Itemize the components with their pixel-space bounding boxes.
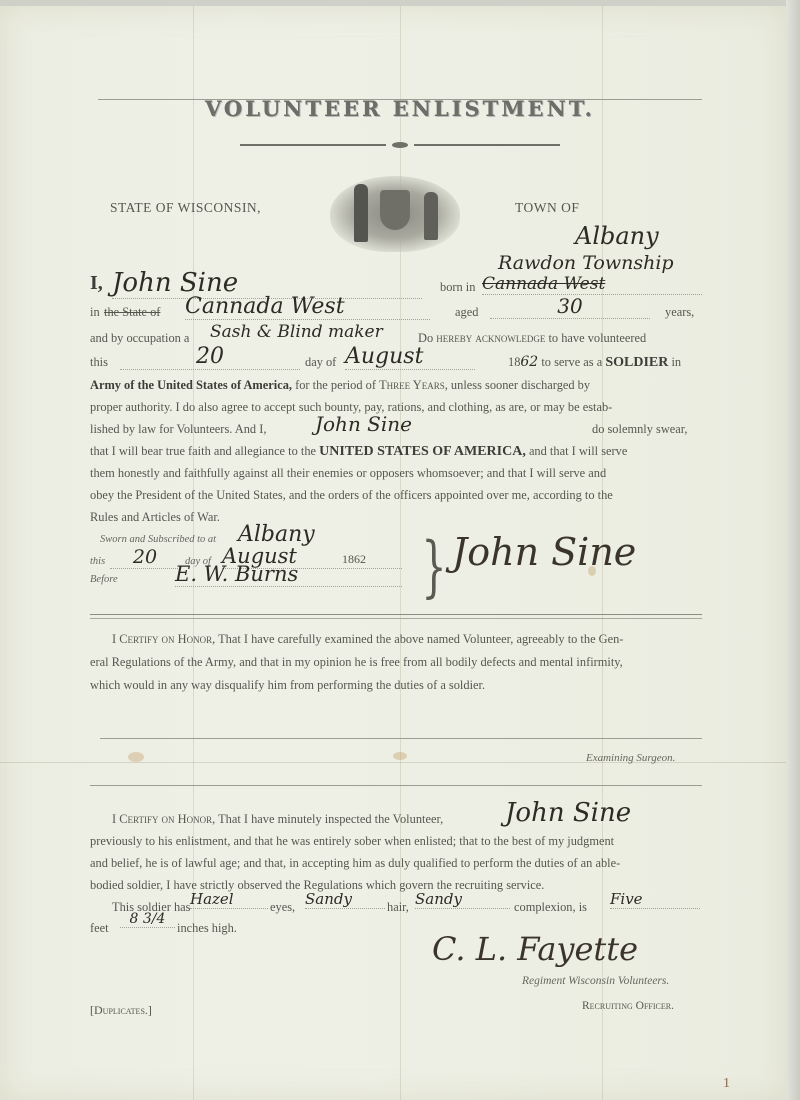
enlistee-signature: John Sine bbox=[452, 530, 636, 574]
section-divider bbox=[90, 614, 702, 619]
complexion-label: complexion, is bbox=[514, 896, 587, 918]
surgeon-label: Examining Surgeon. bbox=[586, 752, 675, 764]
officer-cert-line-2: previously to his enlistment, and that h… bbox=[90, 830, 614, 852]
years-label: years, bbox=[665, 301, 694, 323]
birthplace-replacement: Rawdon Township bbox=[498, 252, 674, 274]
officer-cert-line-1: I Certify on Honor, That I have minutely… bbox=[112, 808, 443, 830]
surgeon-signature-line bbox=[100, 738, 702, 739]
occupation-value: Sash & Blind maker bbox=[210, 322, 383, 342]
service-line: Army of the United States of America, fo… bbox=[90, 374, 590, 396]
before-name: E. W. Burns bbox=[175, 562, 402, 587]
enlist-month: August bbox=[345, 344, 475, 370]
born-in-label: born in bbox=[440, 276, 475, 298]
before-label: Before bbox=[90, 574, 118, 585]
section-divider bbox=[90, 785, 702, 786]
page-mark: 1 bbox=[723, 1076, 730, 1092]
surgeon-cert-line-2: eral Regulations of the Army, and that i… bbox=[90, 651, 623, 673]
in-label: in bbox=[90, 301, 100, 323]
surgeon-cert-line-3: which would in any way disqualify him fr… bbox=[90, 674, 485, 696]
state-label: STATE OF WISCONSIN, bbox=[110, 197, 261, 219]
complexion: Sandy bbox=[415, 890, 510, 909]
officer-cert-line-3: and belief, he is of lawful age; and tha… bbox=[90, 852, 620, 874]
hair-label: hair, bbox=[387, 896, 409, 918]
i-label: I, bbox=[90, 272, 103, 295]
inches-label: inches high. bbox=[177, 917, 237, 939]
birth-country: Cannada West bbox=[185, 294, 430, 320]
sworn-this-label: this bbox=[90, 556, 105, 567]
recruiting-officer-label: Recruiting Officer. bbox=[582, 995, 674, 1017]
aged-label: aged bbox=[455, 301, 478, 323]
oath-suffix: do solemnly swear, bbox=[592, 418, 688, 440]
regiment-label: Regiment Wisconsin Volunteers. bbox=[522, 975, 669, 987]
inspected-volunteer-name: John Sine bbox=[505, 798, 631, 828]
brace: } bbox=[421, 534, 446, 600]
oath-line-2: that I will bear true faith and allegian… bbox=[90, 440, 627, 463]
scan-edge bbox=[786, 0, 800, 1100]
oath-prefix: lished by law for Volunteers. And I, bbox=[90, 418, 266, 440]
ornament-divider bbox=[240, 142, 560, 148]
recruiter-signature: C. L. Fayette bbox=[432, 930, 638, 968]
height-feet: Five bbox=[610, 890, 700, 909]
age-value: 30 bbox=[490, 294, 650, 319]
hair-color: Sandy bbox=[305, 890, 385, 909]
eye-color: Hazel bbox=[190, 890, 268, 909]
eyes-label: eyes, bbox=[270, 896, 295, 918]
wisconsin-seal-icon bbox=[330, 176, 460, 252]
enlist-year: 1862 to serve as a SOLDIER in bbox=[508, 351, 681, 374]
in-struck: the State of bbox=[104, 301, 160, 323]
oath-line-5: Rules and Articles of War. bbox=[90, 506, 220, 528]
this-label: this bbox=[90, 351, 108, 373]
oath-line-4: obey the President of the United States,… bbox=[90, 484, 613, 506]
birthplace-struck: Cannada West bbox=[482, 274, 702, 295]
oath-line-3: them honestly and faithfully against all… bbox=[90, 462, 606, 484]
height-inches: 8 3/4 bbox=[120, 911, 175, 928]
document-title: VOLUNTEER ENLISTMENT. bbox=[90, 96, 710, 121]
sworn-day: 20 bbox=[110, 546, 180, 569]
stain bbox=[128, 752, 144, 762]
day-of-label: day of bbox=[305, 351, 336, 373]
enlist-day: 20 bbox=[120, 344, 300, 370]
duplicates-label: [Duplicates.] bbox=[90, 999, 152, 1021]
feet-label: feet bbox=[90, 917, 109, 939]
town-value: Albany bbox=[575, 222, 659, 250]
sworn-label: Sworn and Subscribed to at bbox=[100, 534, 216, 545]
oath-name: John Sine bbox=[315, 412, 412, 436]
town-label: TOWN OF bbox=[515, 197, 579, 219]
stain bbox=[393, 752, 407, 760]
surgeon-cert-line-1: I Certify on Honor, That I have carefull… bbox=[112, 628, 623, 650]
